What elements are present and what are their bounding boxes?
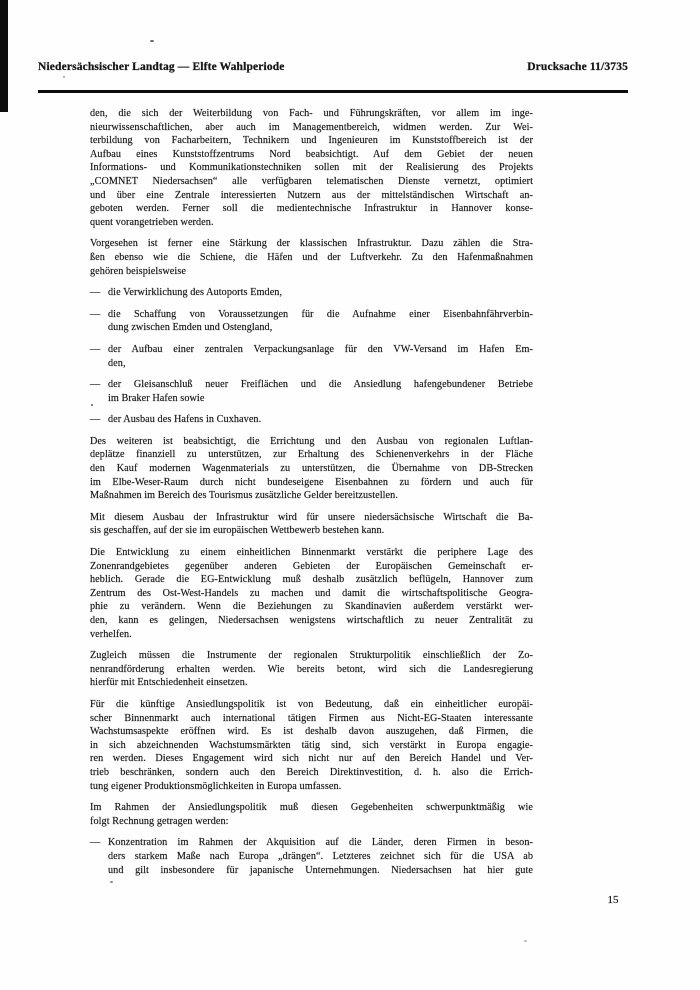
bullet-dash: —	[90, 413, 108, 427]
text-line: trieb beschränken, sondern auch den Bere…	[90, 766, 533, 780]
text-line: folgt Rechnung getragen werden:	[90, 815, 533, 829]
text-line: Informations- und Kommunikationstechnike…	[90, 161, 533, 175]
text-line: scher Binnenmarkt auch international tät…	[90, 712, 533, 726]
text-line: den Kauf modernen Wagenmaterials zu unte…	[90, 462, 533, 476]
bullet-text: der Gleisanschluß neuer Freiflächen und …	[108, 378, 533, 405]
bullet-item: —der Gleisanschluß neuer Freiflächen und…	[90, 378, 533, 405]
page-number: 15	[602, 894, 624, 906]
text-line: sis geschaffen, auf der sie im europäisc…	[90, 524, 533, 538]
text-line: und gilt insbesondere für japanische Unt…	[108, 864, 533, 878]
scan-speck	[63, 76, 65, 78]
bullet-item: —der Aufbau einer zentralen Verpackungsa…	[90, 343, 533, 370]
bullet-dash: —	[90, 286, 108, 300]
text-line: der Ausbau des Hafens in Cuxhaven.	[108, 413, 533, 427]
scan-speck	[150, 40, 154, 42]
text-line: Konzentration im Rahmen der Akquisition …	[108, 836, 533, 850]
body-paragraph: Vorgesehen ist ferner eine Stärkung der …	[90, 237, 533, 278]
body-paragraph: den, die sich der Weiterbildung von Fach…	[90, 107, 533, 229]
text-line: ßen ebenso wie die Schiene, die Häfen un…	[90, 251, 533, 265]
text-line: nenrandförderung erhalten werden. Wie be…	[90, 663, 533, 677]
text-line: Für die künftige Ansiedlungspolitik ist …	[90, 698, 533, 712]
bullet-text: die Verwirklichung des Autoports Emden,	[108, 286, 533, 300]
body-paragraph: Die Entwicklung zu einem einheitlichen B…	[90, 546, 533, 641]
text-line: im Elbe-Weser-Raum durch nicht bundeseig…	[90, 476, 533, 490]
text-line: der Aufbau einer zentralen Verpackungsan…	[108, 343, 533, 357]
text-line: „COMNET Niedersachsen“ alle verfügbaren …	[90, 175, 533, 189]
header-divider	[38, 90, 628, 93]
body-paragraph: Für die künftige Ansiedlungspolitik ist …	[90, 698, 533, 793]
header-title: Niedersächsischer Landtag — Elfte Wahlpe…	[38, 61, 285, 73]
text-line: den, die sich der Weiterbildung von Fach…	[90, 107, 533, 121]
body-paragraph: Mit diesem Ausbau der Infrastruktur wird…	[90, 511, 533, 538]
scan-binding-mark	[0, 0, 8, 112]
text-line: deplätze finanziell zu unterstützen, zur…	[90, 448, 533, 462]
text-line: terbildung von Facharbeitern, Technikern…	[90, 134, 533, 148]
text-line: Im Rahmen der Ansiedlungspolitik muß die…	[90, 801, 533, 815]
text-line: im Braker Hafen sowie	[108, 392, 533, 406]
text-line: Zentrum des Ost-West-Handels zu machen u…	[90, 587, 533, 601]
text-line: ren werden. Dieses Engagement wird sich …	[90, 752, 533, 766]
text-line: Vorgesehen ist ferner eine Stärkung der …	[90, 237, 533, 251]
text-line: in sich abzeichnenden Wachstumsmärkten t…	[90, 739, 533, 753]
text-line: quent vorangetrieben werden.	[90, 216, 533, 230]
bullet-item: —Konzentration im Rahmen der Akquisition…	[90, 836, 533, 877]
text-line: die Verwirklichung des Autoports Emden,	[108, 286, 533, 300]
bullet-item: —der Ausbau des Hafens in Cuxhaven.	[90, 413, 533, 427]
text-line: heblich. Gerade die EG-Entwicklung muß d…	[90, 573, 533, 587]
bullet-text: Konzentration im Rahmen der Akquisition …	[108, 836, 533, 877]
text-line: nieurwissenschaftlichen, aber auch im Ma…	[90, 121, 533, 135]
text-line: ders starkem Maße nach Europa „drängen“.…	[108, 850, 533, 864]
document-page: Niedersächsischer Landtag — Elfte Wahlpe…	[0, 0, 700, 990]
text-line: den,	[108, 357, 533, 371]
text-line: phie zu verändern. Wenn die Beziehungen …	[90, 600, 533, 614]
bullet-item: —die Schaffung von Voraussetzungen für d…	[90, 308, 533, 335]
text-line: geboten werden. Ferner soll die mediente…	[90, 202, 533, 216]
text-line: gehören beispielsweise	[90, 265, 533, 279]
body-paragraph: Zugleich müssen die Instrumente der regi…	[90, 649, 533, 690]
text-line: der Gleisanschluß neuer Freiflächen und …	[108, 378, 533, 392]
text-line: die Schaffung von Voraussetzungen für di…	[108, 308, 533, 322]
bullet-item: —die Verwirklichung des Autoports Emden,	[90, 286, 533, 300]
text-line: Des weiteren ist beabsichtigt, die Erric…	[90, 435, 533, 449]
body-paragraph: Des weiteren ist beabsichtigt, die Erric…	[90, 435, 533, 503]
text-line: Aufbau eines Kunststoffzentrums Nord bea…	[90, 148, 533, 162]
document-body: den, die sich der Weiterbildung von Fach…	[90, 107, 533, 885]
text-line: Die Entwicklung zu einem einheitlichen B…	[90, 546, 533, 560]
text-line: verhelfen.	[90, 628, 533, 642]
bullet-text: die Schaffung von Voraussetzungen für di…	[108, 308, 533, 335]
scan-speck	[524, 940, 527, 942]
document-header: Niedersächsischer Landtag — Elfte Wahlpe…	[38, 61, 628, 73]
text-line: Mit diesem Ausbau der Infrastruktur wird…	[90, 511, 533, 525]
text-line: Maßnahmen im Bereich des Tourismus zusät…	[90, 489, 533, 503]
text-line: hierfür mit Entschiedenheit einsetzen.	[90, 676, 533, 690]
bullet-dash: —	[90, 378, 108, 405]
text-line: dung zwischen Emden und Ostengland,	[108, 321, 533, 335]
bullet-dash: —	[90, 308, 108, 335]
drucksache-number: Drucksache 11/3735	[527, 61, 628, 73]
text-line: und über eine Zentrale interessierten Nu…	[90, 189, 533, 203]
bullet-dash: —	[90, 836, 108, 877]
text-line: Zonenrandgebietes gegenüber anderen Gebi…	[90, 560, 533, 574]
text-line: Wachstumsaspekte eröffnen wird. Es ist d…	[90, 725, 533, 739]
text-line: den, kann es gelingen, Niedersachsen wen…	[90, 614, 533, 628]
bullet-text: der Aufbau einer zentralen Verpackungsan…	[108, 343, 533, 370]
bullet-dash: —	[90, 343, 108, 370]
body-paragraph: Im Rahmen der Ansiedlungspolitik muß die…	[90, 801, 533, 828]
text-line: tung eigener Produktionsmöglichkeiten in…	[90, 780, 533, 794]
text-line: Zugleich müssen die Instrumente der regi…	[90, 649, 533, 663]
bullet-text: der Ausbau des Hafens in Cuxhaven.	[108, 413, 533, 427]
